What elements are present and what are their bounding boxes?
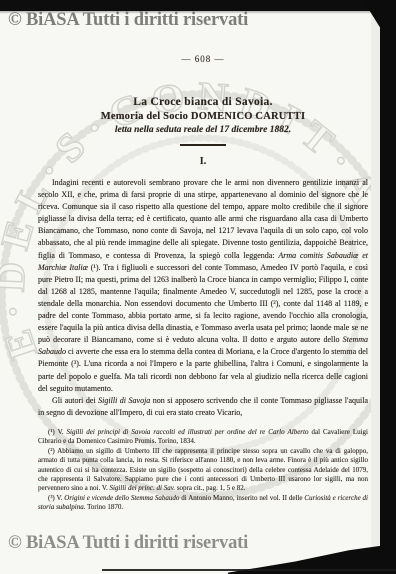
footnote-2: (²) Abbiamo un sigillo di Umberto III ch… (38, 447, 368, 494)
footnote-run: (¹) V. (48, 428, 67, 436)
article-subtitle: Memoria del Socio DOMENICO CARUTTI (38, 111, 368, 122)
footnotes: (¹) V. Sigilli dei principi di Savoia ra… (38, 428, 368, 513)
paragraph-1: Indagini recenti e autorevoli sembrano p… (38, 177, 368, 395)
article-heading: La Croce bianca di Savoia. Memoria del S… (38, 96, 368, 135)
title-divider (180, 144, 226, 146)
footnote-run: di Antonio Manno, inserito nel vol. II d… (179, 494, 304, 502)
paragraph-2: Gli autori dei Sigilli di Savoja non si … (38, 395, 368, 419)
article-dateline: letta nella seduta reale del 17 dicembre… (38, 125, 368, 135)
body-text: Indagini recenti e autorevoli sembrano p… (38, 177, 368, 419)
work-title: Sigilli dei principi di Savoia raccolti … (67, 428, 309, 436)
scan-page-edge-shadow (371, 0, 380, 574)
body-run: ci avverte che essa era lo stemma della … (38, 347, 368, 392)
footnote-3: (³) V. Origini e vicende dello Stemma Sa… (38, 494, 368, 513)
footnote-run: Torino 1870. (85, 503, 123, 511)
page-content: — 608 — La Croce bianca di Savoia. Memor… (38, 0, 368, 513)
body-run: Indagini recenti e autorevoli sembrano p… (38, 178, 368, 260)
footnote-run: sopra cit., pag. 1, 5 e 82. (175, 484, 245, 492)
work-title: Sigilli di Savoja (98, 396, 150, 405)
article-title: La Croce bianca di Savoia. (38, 96, 368, 108)
copyright-watermark-bottom: © BiASA Tutti i diritti riservati (8, 533, 248, 554)
body-run: (¹). Tra i figliuoli e successori del co… (38, 263, 368, 345)
page-number: — 608 — (38, 54, 368, 64)
body-run: Gli autori dei (52, 396, 98, 405)
work-title: Origini e vicende dello Stemma Sabaudo (64, 494, 179, 502)
footnote-run: (³) V. (48, 494, 64, 502)
copyright-watermark-top: © BiASA Tutti i diritti riservati (8, 10, 248, 31)
scan-bottom-edge-line (102, 569, 396, 571)
footnote-1: (¹) V. Sigilli dei principi di Savoia ra… (38, 428, 368, 447)
work-title: Sigilli dei princ. di Sav. (109, 484, 175, 492)
scan-right-border (380, 0, 396, 574)
section-numeral: I. (38, 156, 368, 167)
